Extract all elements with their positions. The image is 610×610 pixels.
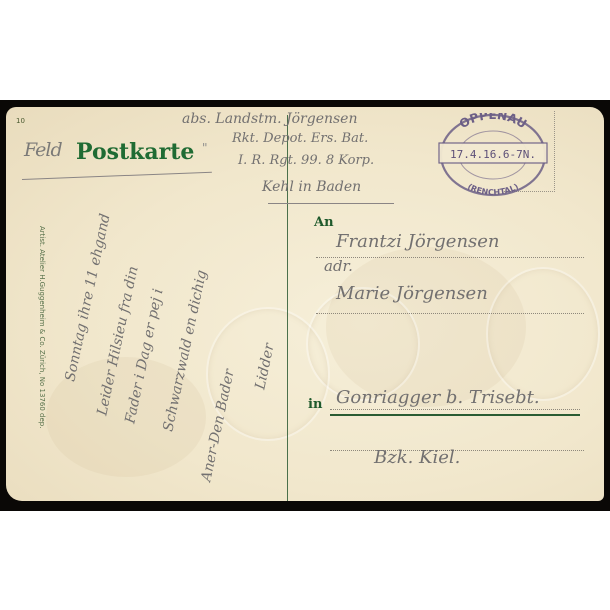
address-line [316, 313, 584, 314]
address-line [316, 257, 584, 258]
feld-handwritten: Feld [24, 139, 62, 161]
recipient-name: Frantzi Jörgensen [336, 231, 500, 252]
sender-line: I. R. Rgt. 99. 8 Korp. [238, 153, 374, 168]
title-quote-mark: " [202, 141, 208, 155]
sender-line: Rkt. Depot. Ers. Bat. [232, 131, 368, 146]
svg-text:OPPENAU: OPPENAU [457, 113, 529, 131]
recipient-adr: adr. [324, 257, 353, 275]
address-line [330, 409, 580, 410]
publisher-imprint: Artist. Atelier H.Guggenheim & Co. Züric… [38, 226, 46, 501]
embossed-circle [486, 267, 600, 401]
sender-underline [268, 203, 394, 204]
postcard: 10 Feld Postkarte " Artist. Atelier H.Gu… [6, 107, 604, 501]
title-underline [22, 172, 212, 180]
sender-line: abs. Landstm. Jörgensen [182, 111, 358, 127]
address-label-in: in [308, 397, 322, 412]
place-underline [330, 414, 580, 416]
postmark: OPPENAU 17.4.16.6-7N. (RENCHTAL) [433, 113, 553, 197]
sender-line: Kehl in Baden [262, 179, 361, 195]
message-address-divider [287, 115, 288, 501]
recipient-place: Gonriagger b. Trisebt. [336, 387, 540, 408]
corner-number: 10 [16, 117, 25, 125]
postmark-region: (RENCHTAL) [466, 182, 520, 197]
recipient-district: Bzk. Kiel. [374, 447, 460, 468]
svg-text:(RENCHTAL): (RENCHTAL) [466, 182, 520, 197]
address-label-an: An [314, 215, 334, 230]
postmark-town: OPPENAU [457, 113, 529, 131]
postkarte-title: Postkarte [76, 139, 194, 165]
postmark-date: 17.4.16.6-7N. [450, 148, 536, 161]
recipient-care-of: Marie Jörgensen [336, 283, 488, 304]
